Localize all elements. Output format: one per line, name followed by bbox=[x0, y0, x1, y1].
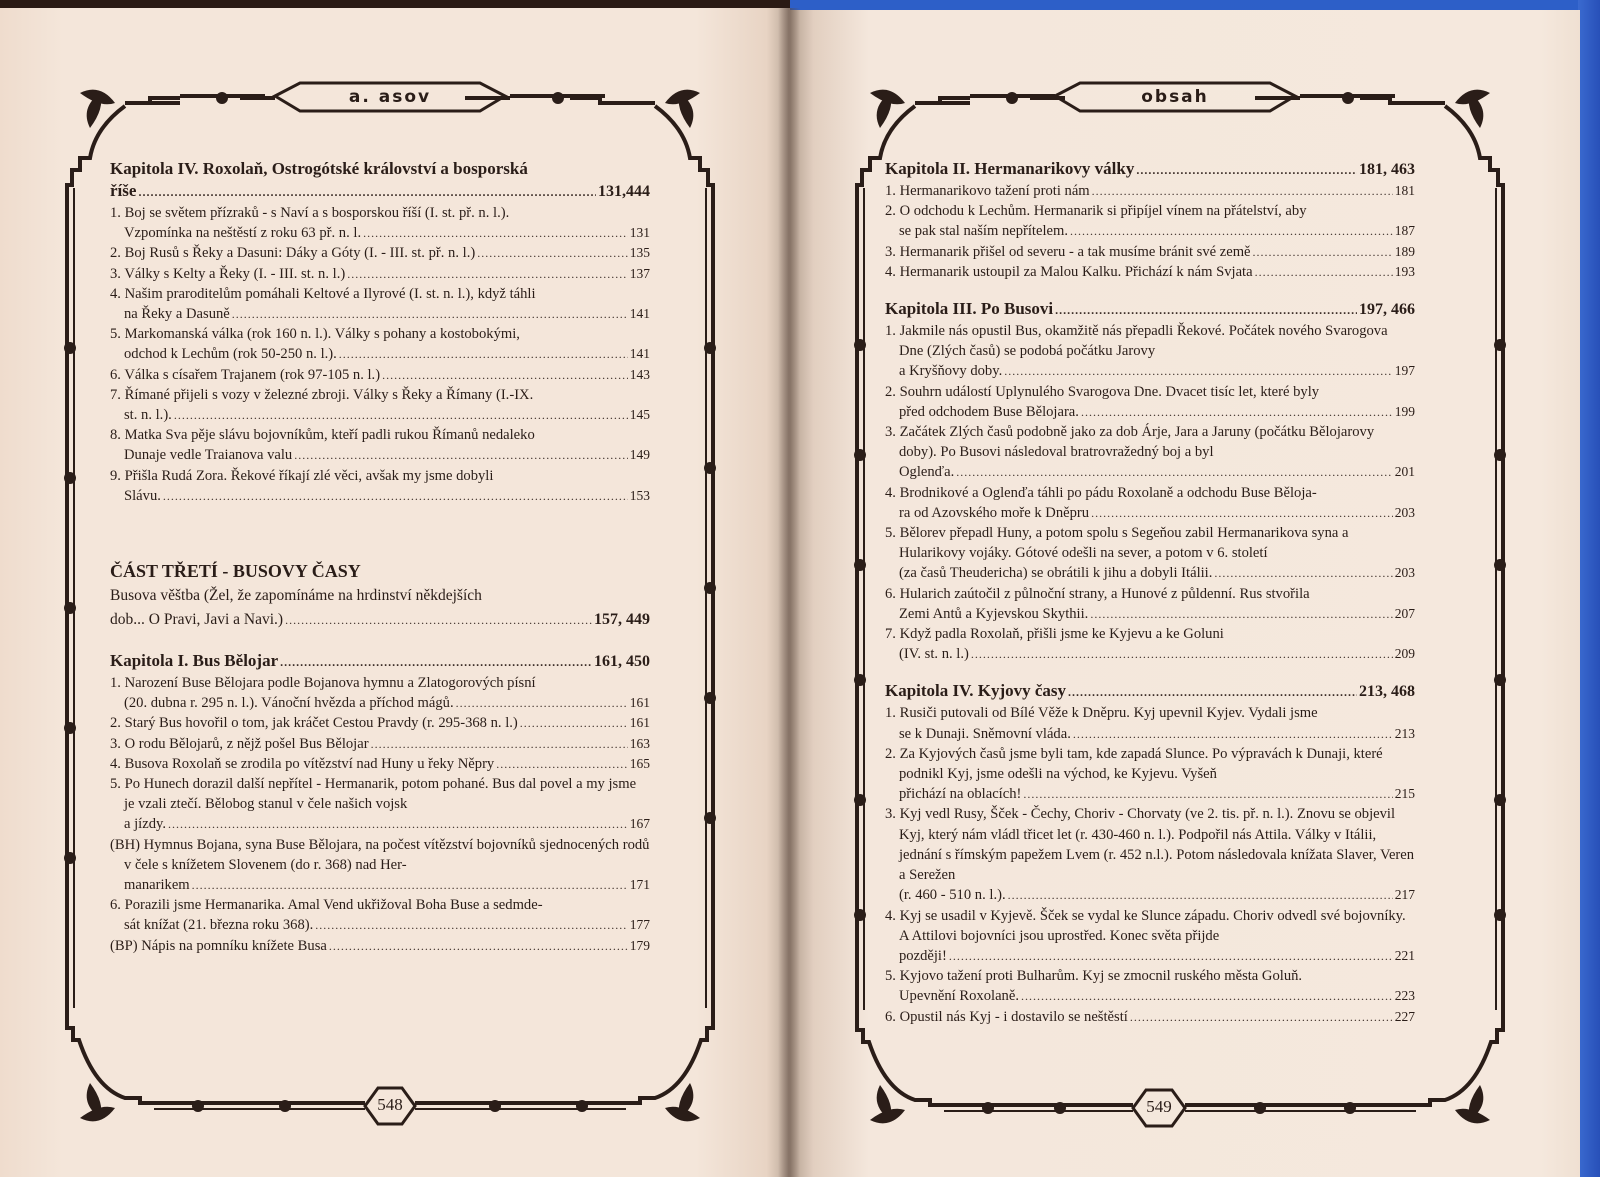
dot-leader bbox=[168, 814, 628, 834]
page-ref: 137 bbox=[630, 264, 650, 284]
dot-leader bbox=[949, 946, 1393, 966]
page-ref: 227 bbox=[1395, 1007, 1415, 1027]
page-ref: 223 bbox=[1395, 986, 1415, 1006]
left-page: a. asov 548 Kapitola IV. Roxolaň, Ostrog… bbox=[0, 8, 790, 1177]
toc-left: Kapitola IV. Roxolaň, Ostrogótské králov… bbox=[110, 158, 650, 956]
dot-leader bbox=[1023, 784, 1392, 804]
page-ref: 181 bbox=[1395, 181, 1415, 201]
toc-part-intro[interactable]: Busova věštba (Žel, že zapomínáme na hrd… bbox=[110, 584, 650, 632]
toc-item[interactable]: 2. Souhrn událostí Uplynulého Svarogova … bbox=[885, 382, 1415, 422]
page-ref: 197, 466 bbox=[1359, 299, 1415, 321]
running-header-contents: obsah bbox=[1080, 87, 1270, 107]
toc-item[interactable]: 9. Přišla Rudá Zora. Řekové říkají zlé v… bbox=[110, 466, 650, 506]
page-ref: 143 bbox=[630, 365, 650, 385]
toc-chapter-iv-kyjovy-casy[interactable]: Kapitola IV. Kyjovy časy213, 468 bbox=[885, 680, 1415, 703]
toc-item[interactable]: 4. Našim praroditelům pomáhali Keltové a… bbox=[110, 284, 650, 324]
toc-item[interactable]: 5. Markomanská válka (rok 160 n. l.). Vá… bbox=[110, 324, 650, 364]
right-page: obsah 549 Kapitola II. Hermanarikovy vál… bbox=[790, 10, 1580, 1177]
toc-item[interactable]: 3. Začátek Zlých časů podobně jako za do… bbox=[885, 422, 1415, 483]
dot-leader bbox=[1073, 724, 1393, 744]
page-ref: 213, 468 bbox=[1359, 681, 1415, 703]
dot-leader bbox=[1090, 604, 1392, 624]
chapter-title: Kapitola II. Hermanarikovy války bbox=[885, 158, 1134, 180]
toc-item[interactable]: 3. Hermanarik přišel od severu - a tak m… bbox=[885, 242, 1415, 262]
dot-leader bbox=[382, 365, 628, 385]
chapter-title: Kapitola IV. Roxolaň, Ostrogótské králov… bbox=[110, 158, 650, 180]
page-ref: 161, 450 bbox=[594, 651, 650, 673]
page-ref: 157, 449 bbox=[594, 608, 650, 632]
page-ref: 207 bbox=[1395, 604, 1415, 624]
dot-leader bbox=[1021, 986, 1393, 1006]
dot-leader bbox=[520, 713, 628, 733]
toc-item[interactable]: 4. Hermanarik ustoupil za Malou Kalku. P… bbox=[885, 262, 1415, 282]
toc-item[interactable]: 4. Busova Roxolaň se zrodila po vítězstv… bbox=[110, 754, 650, 774]
page-ref: 161 bbox=[630, 713, 650, 733]
dot-leader bbox=[1092, 181, 1393, 201]
dot-leader bbox=[339, 344, 628, 364]
toc-chapter-ii-hermanarik[interactable]: Kapitola II. Hermanarikovy války181, 463 bbox=[885, 158, 1415, 181]
page-ref: 221 bbox=[1395, 946, 1415, 966]
page-ref: 161 bbox=[630, 693, 650, 713]
chapter-title: Kapitola IV. Kyjovy časy bbox=[885, 680, 1066, 702]
dot-leader bbox=[1136, 158, 1357, 181]
toc-item[interactable]: 6. Hularich zaútočil z půlnoční strany, … bbox=[885, 584, 1415, 624]
toc-item[interactable]: 4. Brodnikové a Oglenďa táhli po pádu Ro… bbox=[885, 483, 1415, 523]
dot-leader bbox=[371, 734, 628, 754]
page-ref: 177 bbox=[630, 915, 650, 935]
dot-leader bbox=[1055, 298, 1357, 321]
running-header-author: a. asov bbox=[300, 87, 480, 107]
dot-leader bbox=[138, 180, 596, 203]
toc-item[interactable]: 5. Po Hunech dorazil další nepřítel - He… bbox=[110, 774, 650, 835]
toc-item[interactable]: 2. O odchodu k Lechům. Hermanarik si při… bbox=[885, 201, 1415, 241]
toc-item[interactable]: 2. Boj Rusů s Řeky a Dasuni: Dáky a Góty… bbox=[110, 243, 650, 263]
dot-leader bbox=[163, 486, 628, 506]
dot-leader bbox=[294, 445, 628, 465]
dot-leader bbox=[280, 650, 592, 673]
dot-leader bbox=[1081, 402, 1393, 422]
page-ref: 213 bbox=[1395, 724, 1415, 744]
dot-leader bbox=[971, 644, 1393, 664]
toc-item[interactable]: 5. Kyjovo tažení proti Bulharům. Kyj se … bbox=[885, 966, 1415, 1006]
toc-item[interactable]: 7. Římané přijeli s vozy v železné zbroj… bbox=[110, 385, 650, 425]
dot-leader bbox=[1130, 1007, 1393, 1027]
page-ref: 203 bbox=[1395, 563, 1415, 583]
open-book-spread: a. asov 548 Kapitola IV. Roxolaň, Ostrog… bbox=[0, 0, 1600, 1177]
page-ref: 217 bbox=[1395, 885, 1415, 905]
page-ref: 141 bbox=[630, 304, 650, 324]
dot-leader bbox=[1068, 680, 1357, 703]
page-ref: 181, 463 bbox=[1359, 159, 1415, 181]
toc-right: Kapitola II. Hermanarikovy války181, 463… bbox=[885, 158, 1415, 1027]
page-ref: 167 bbox=[630, 814, 650, 834]
toc-item[interactable]: 5. Bělorev přepadl Huny, a potom spolu s… bbox=[885, 523, 1415, 584]
dot-leader bbox=[329, 936, 628, 956]
dot-leader bbox=[285, 608, 592, 632]
page-ref: 131 bbox=[630, 223, 650, 243]
toc-item[interactable]: 1. Boj se světem přízraků - s Naví a s b… bbox=[110, 203, 650, 243]
book-gutter bbox=[778, 8, 800, 1177]
page-ref: 193 bbox=[1395, 262, 1415, 282]
page-ref: 179 bbox=[630, 936, 650, 956]
toc-item[interactable]: 3. O rodu Bělojarů, z nějž pošel Bus Běl… bbox=[110, 734, 650, 754]
toc-item[interactable]: 2. Starý Bus hovořil o tom, jak kráčet C… bbox=[110, 713, 650, 733]
part-three-title: ČÁST TŘETÍ - BUSOVY ČASY bbox=[110, 558, 650, 584]
toc-item[interactable]: 2. Za Kyjových časů jsme byli tam, kde z… bbox=[885, 744, 1415, 805]
dot-leader bbox=[174, 405, 628, 425]
page-ref: 153 bbox=[630, 486, 650, 506]
page-ref: 131,444 bbox=[598, 181, 650, 203]
page-ref: 149 bbox=[630, 445, 650, 465]
page-ref: 163 bbox=[630, 734, 650, 754]
page-ref: 201 bbox=[1395, 462, 1415, 482]
toc-item[interactable]: (BH) Hymnus Bojana, syna Buse Bělojara, … bbox=[110, 835, 650, 896]
toc-chapter-iv-roxolan[interactable]: Kapitola IV. Roxolaň, Ostrogótské králov… bbox=[110, 158, 650, 203]
dot-leader bbox=[363, 223, 628, 243]
dot-leader bbox=[956, 462, 1393, 482]
toc-item[interactable]: (BP) Nápis na pomníku knížete Busa179 bbox=[110, 936, 650, 956]
dot-leader bbox=[1008, 885, 1393, 905]
toc-item[interactable]: 1. Rusiči putovali od Bílé Věže k Dněpru… bbox=[885, 703, 1415, 743]
page-ref: 135 bbox=[630, 243, 650, 263]
dot-leader bbox=[1214, 563, 1392, 583]
toc-item[interactable]: 3. Kyj vedl Rusy, Šček - Čechy, Choriv -… bbox=[885, 804, 1415, 905]
page-ref: 165 bbox=[630, 754, 650, 774]
toc-item[interactable]: 1. Narození Buse Bělojara podle Bojanova… bbox=[110, 673, 650, 713]
toc-item[interactable]: 4. Kyj se usadil v Kyjevě. Šček se vydal… bbox=[885, 906, 1415, 967]
page-ref: 141 bbox=[630, 344, 650, 364]
toc-item[interactable]: 3. Války s Kelty a Řeky (I. - III. st. n… bbox=[110, 264, 650, 284]
toc-item[interactable]: 1. Hermanarikovo tažení proti nám181 bbox=[885, 181, 1415, 201]
dot-leader bbox=[1091, 503, 1393, 523]
page-ref: 199 bbox=[1395, 402, 1415, 422]
page-ref: 203 bbox=[1395, 503, 1415, 523]
page-number-left: 548 bbox=[365, 1095, 415, 1115]
dot-leader bbox=[477, 243, 628, 263]
page-ref: 187 bbox=[1395, 221, 1415, 241]
page-ref: 189 bbox=[1395, 242, 1415, 262]
toc-item[interactable]: 7. Když padla Roxolaň, přišli jsme ke Ky… bbox=[885, 624, 1415, 664]
page-ref: 215 bbox=[1395, 784, 1415, 804]
page-ref: 209 bbox=[1395, 644, 1415, 664]
dot-leader bbox=[1255, 262, 1393, 282]
dot-leader bbox=[456, 693, 628, 713]
dot-leader bbox=[232, 304, 628, 324]
toc-item[interactable]: 6. Opustil nás Kyj - i dostavilo se nešt… bbox=[885, 1007, 1415, 1027]
dot-leader bbox=[1253, 242, 1393, 262]
dot-leader bbox=[496, 754, 628, 774]
dot-leader bbox=[1004, 361, 1393, 381]
toc-chapter-i-bus-belojar[interactable]: Kapitola I. Bus Bělojar161, 450 bbox=[110, 650, 650, 673]
toc-item[interactable]: 6. Válka s císařem Trajanem (rok 97-105 … bbox=[110, 365, 650, 385]
page-ref: 145 bbox=[630, 405, 650, 425]
toc-chapter-iii-po-busovi[interactable]: Kapitola III. Po Busovi197, 466 bbox=[885, 298, 1415, 321]
chapter-title: Kapitola III. Po Busovi bbox=[885, 298, 1053, 320]
book-cover-edge-right bbox=[1578, 0, 1600, 1177]
dot-leader bbox=[347, 264, 628, 284]
toc-item[interactable]: 6. Porazili jsme Hermanarika. Amal Vend … bbox=[110, 895, 650, 935]
chapter-title: Kapitola I. Bus Bělojar bbox=[110, 650, 278, 672]
page-ref: 171 bbox=[630, 875, 650, 895]
toc-item[interactable]: 1. Jakmile nás opustil Bus, okamžitě nás… bbox=[885, 321, 1415, 382]
toc-item[interactable]: 8. Matka Sva pěje slávu bojovníkům, kteř… bbox=[110, 425, 650, 465]
page-ref: 197 bbox=[1395, 361, 1415, 381]
dot-leader bbox=[192, 875, 628, 895]
page-number-right: 549 bbox=[1133, 1097, 1185, 1117]
dot-leader bbox=[1070, 221, 1393, 241]
dot-leader bbox=[315, 915, 628, 935]
